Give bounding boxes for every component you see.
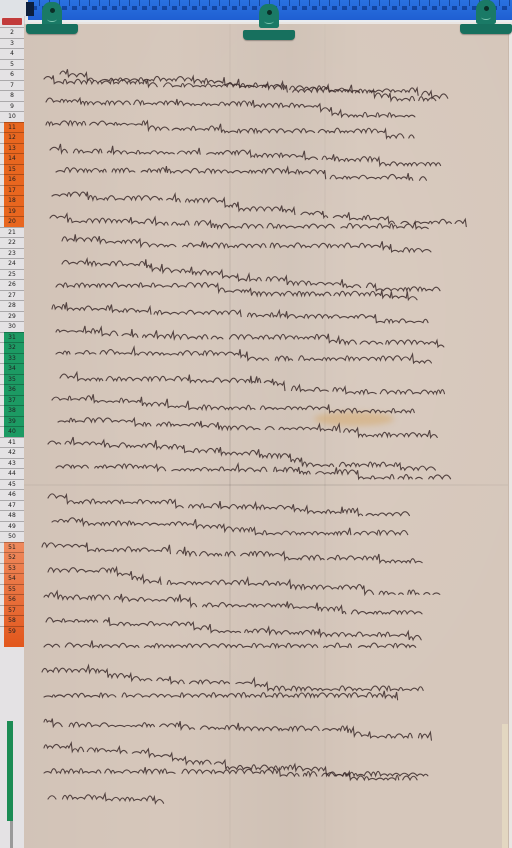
tape-cm-mark: 27 [0, 290, 24, 301]
ruler-line [359, 0, 360, 6]
ruler-tick [302, 6, 307, 10]
ruler-tick [172, 6, 177, 10]
ruler-line [439, 0, 440, 6]
tape-cm-mark: 31 [0, 332, 24, 343]
ruler-tick [212, 6, 217, 10]
ruler-line [109, 0, 110, 6]
ruler-tick [322, 6, 327, 10]
tape-cm-mark: 51 [0, 542, 24, 553]
ruler-tick [392, 6, 397, 10]
script-line [44, 70, 440, 84]
tape-cm-mark: 29 [0, 311, 24, 322]
ruler-line [329, 0, 330, 6]
tape-cm-mark: 13 [0, 143, 24, 154]
tape-cm-mark: 24 [0, 258, 24, 269]
ruler-tick [352, 6, 357, 10]
measuring-tape: 2345678910111213141516171819202122232425… [0, 16, 25, 848]
script-line [48, 563, 440, 577]
ruler-line [389, 0, 390, 6]
ruler-tick [432, 6, 437, 10]
tape-cm-mark: 54 [0, 573, 24, 584]
tape-cm-mark: 8 [0, 90, 24, 101]
ruler-line [299, 0, 300, 6]
tape-brand-label [2, 18, 22, 25]
ruler-line [139, 0, 140, 6]
ruler-line [379, 0, 380, 6]
tape-color-segment [10, 821, 13, 848]
tape-cm-mark: 38 [0, 405, 24, 416]
tape-cm-mark: 33 [0, 353, 24, 364]
tape-cm-mark: 5 [0, 59, 24, 70]
script-line [46, 613, 444, 627]
ruler-line [169, 0, 170, 6]
tape-cm-mark: 49 [0, 521, 24, 532]
tape-cm-mark: 35 [0, 374, 24, 385]
tape-cm-mark: 11 [0, 122, 24, 133]
tape-cm-mark: 9 [0, 101, 24, 112]
tape-cm-mark: 6 [0, 69, 24, 80]
script-line [56, 163, 452, 177]
ruler-tick [372, 6, 377, 10]
tape-cm-mark: 47 [0, 500, 24, 511]
ruler-line [119, 0, 120, 6]
tape-cm-mark: 19 [0, 206, 24, 217]
ruler-tick [452, 6, 457, 10]
ruler-line [399, 0, 400, 6]
ruler-tick [112, 6, 117, 10]
ruler-tick [422, 6, 427, 10]
tape-cm-mark: 10 [0, 111, 24, 122]
tape-cm-mark: 42 [0, 447, 24, 458]
tape-cm-mark: 20 [0, 216, 24, 227]
manuscript-page [24, 24, 508, 848]
tape-cm-mark: 30 [0, 321, 24, 332]
ruler-line [349, 0, 350, 6]
ruler-tick [92, 6, 97, 10]
tape-cm-mark: 36 [0, 384, 24, 395]
tape-cm-mark: 21 [0, 227, 24, 238]
script-line [44, 764, 434, 778]
tape-cm-mark: 7 [0, 80, 24, 91]
ruler-tick [102, 6, 107, 10]
script-line [50, 141, 452, 155]
tape-cm-mark: 15 [0, 164, 24, 175]
tape-cm-mark: 17 [0, 185, 24, 196]
ruler-line [239, 0, 240, 6]
tape-cm-mark: 37 [0, 395, 24, 406]
paper-edge [502, 724, 508, 848]
tape-cm-mark: 2 [0, 27, 24, 38]
ruler-tick [362, 6, 367, 10]
ruler-line [129, 0, 130, 6]
tape-cm-mark: 32 [0, 342, 24, 353]
ruler-tick [132, 6, 137, 10]
script-line [52, 513, 440, 527]
script-line [42, 663, 440, 677]
tape-cm-mark: 12 [0, 132, 24, 143]
ruler-line [149, 0, 150, 6]
ruler-tick [442, 6, 447, 10]
script-line [44, 688, 440, 702]
script-line [44, 739, 440, 753]
script-line [44, 713, 440, 727]
ruler-line [179, 0, 180, 6]
script-line [52, 391, 452, 405]
ruler-line [89, 0, 90, 6]
ruler-tick [182, 6, 187, 10]
ruler-tick [412, 6, 417, 10]
ruler-line [219, 0, 220, 6]
ruler-line [79, 0, 80, 6]
ruler-line [339, 0, 340, 6]
script-line [46, 93, 448, 107]
script-line [60, 369, 452, 383]
script-line [42, 538, 444, 552]
tape-cm-mark: 43 [0, 458, 24, 469]
ruler-tick [402, 6, 407, 10]
ruler-tick [222, 6, 227, 10]
ruler-line [409, 0, 410, 6]
ruler-tick [342, 6, 347, 10]
tape-cm-mark: 45 [0, 479, 24, 490]
horizontal-fold [24, 484, 508, 486]
ruler-tick [312, 6, 317, 10]
script-line [52, 300, 452, 314]
ruler-line [419, 0, 420, 6]
ruler-tick [192, 6, 197, 10]
tape-cm-mark: 3 [0, 38, 24, 49]
ruler-line [229, 0, 230, 6]
script-line [52, 187, 450, 201]
ruler-line [319, 0, 320, 6]
ruler-line [159, 0, 160, 6]
tape-cm-mark: 22 [0, 237, 24, 248]
tape-color-segment [7, 721, 13, 821]
tape-cm-mark: 18 [0, 195, 24, 206]
tape-cm-mark: 34 [0, 363, 24, 374]
script-line [48, 790, 160, 804]
script-line [44, 638, 440, 652]
ruler-tick [332, 6, 337, 10]
tape-cm-mark: 59 [0, 626, 24, 637]
tape-cm-mark: 56 [0, 594, 24, 605]
tape-cm-mark: 4 [0, 48, 24, 59]
tape-cm-mark: 52 [0, 552, 24, 563]
tape-cm-mark: 40 [0, 426, 24, 437]
tape-cm-mark: 23 [0, 248, 24, 259]
script-line [44, 588, 440, 602]
tape-cm-mark: 39 [0, 416, 24, 427]
tape-cm-mark: 44 [0, 468, 24, 479]
ruler-tick [142, 6, 147, 10]
tape-cm-mark: 48 [0, 510, 24, 521]
ruler-line [199, 0, 200, 6]
tape-cm-mark: 16 [0, 174, 24, 185]
script-line [56, 323, 448, 337]
ruler-line [309, 0, 310, 6]
ruler-tick [162, 6, 167, 10]
left-clip [26, 2, 78, 34]
script-line [56, 345, 448, 359]
script-line [62, 232, 452, 246]
ruler-tick [152, 6, 157, 10]
ruler-line [369, 0, 370, 6]
tape-cm-mark: 53 [0, 563, 24, 574]
script-line [56, 459, 452, 473]
ruler-tick [82, 6, 87, 10]
ruler-tick [382, 6, 387, 10]
ruler-line [209, 0, 210, 6]
ruler-line [189, 0, 190, 6]
script-line [62, 255, 452, 269]
tape-cm-mark: 55 [0, 584, 24, 595]
ruler-tick [122, 6, 127, 10]
ruler-line [429, 0, 430, 6]
tape-cm-mark: 25 [0, 269, 24, 280]
right-clip [460, 0, 512, 34]
tape-cm-mark: 50 [0, 531, 24, 542]
script-line [46, 116, 446, 130]
ruler-tick [232, 6, 237, 10]
tape-cm-mark: 28 [0, 300, 24, 311]
ruler-line [449, 0, 450, 6]
tape-cm-mark: 58 [0, 615, 24, 626]
script-line [56, 278, 452, 292]
script-line [58, 413, 452, 427]
script-line [50, 209, 444, 223]
tape-cm-mark: 57 [0, 605, 24, 616]
ruler-line [99, 0, 100, 6]
center-clip [243, 4, 295, 40]
ruler-tick [202, 6, 207, 10]
tape-cm-mark: 26 [0, 279, 24, 290]
script-line [48, 489, 430, 503]
tape-cm-mark: 41 [0, 437, 24, 448]
tape-cm-mark: 14 [0, 153, 24, 164]
tape-cm-mark: 46 [0, 489, 24, 500]
script-line [48, 435, 452, 449]
